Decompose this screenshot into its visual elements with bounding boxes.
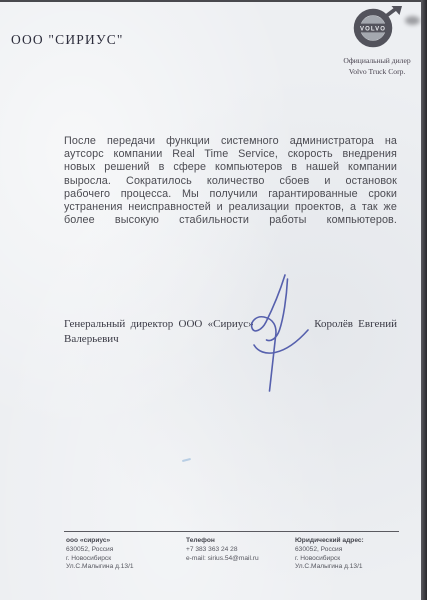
ink-speck [182,458,191,462]
dealer-caption-line2: Volvo Truck Corp. [334,66,420,77]
footer-phone-number: +7 383 363 24 28 [186,546,259,555]
volvo-brand-text: VOLVO [360,27,386,33]
footer-company-line: г. Новосибирск [66,555,134,564]
dealer-caption: Официальный дилер Volvo Truck Corp. [334,55,420,77]
footer-legal-line: Ул.С.Малыгина д.13/1 [295,563,364,572]
volvo-logo-icon: VOLVO [352,6,402,50]
footer-divider [64,531,399,532]
footer-company-line: Ул.С.Малыгина д.13/1 [66,563,134,572]
director-name-second: Валерьевич [64,332,397,347]
footer-legal-header: Юридический адрес: [295,537,364,546]
scanned-letter-page: ООО "СИРИУС" VOLVO Официальный дилер Vol… [0,0,427,600]
volvo-iron-mark-icon: VOLVO [352,6,402,50]
footer-company-column: ооо «сириус» 630052, Россия г. Новосибир… [66,537,134,572]
company-title: ООО "СИРИУС" [11,32,124,48]
signature-block: Генеральный директор ООО «Сириус» Королё… [64,317,397,347]
handwritten-signature-icon [242,272,314,394]
scan-smudge [405,16,420,25]
scan-edge-top [0,0,427,2]
dealer-caption-line1: Официальный дилер [334,55,420,66]
director-name-first: Королёв Евгений [314,317,397,332]
footer-company-line: 630052, Россия [66,546,134,555]
letter-body-paragraph: После передачи функции системного админи… [64,135,397,227]
scan-edge-right [421,0,427,600]
footer-legal-line: 630052, Россия [295,546,364,555]
footer-legal-line: г. Новосибирск [295,555,364,564]
director-title: Генеральный директор ООО «Сириус» [64,317,254,332]
footer-email: e-mail: sirius.54@mail.ru [186,555,259,564]
footer-phone-header: Телефон [186,537,259,546]
footer-phone-column: Телефон +7 383 363 24 28 e-mail: sirius.… [186,537,259,563]
footer-legal-address-column: Юридический адрес: 630052, Россия г. Нов… [295,537,364,572]
footer-company-header: ооо «сириус» [66,537,134,546]
